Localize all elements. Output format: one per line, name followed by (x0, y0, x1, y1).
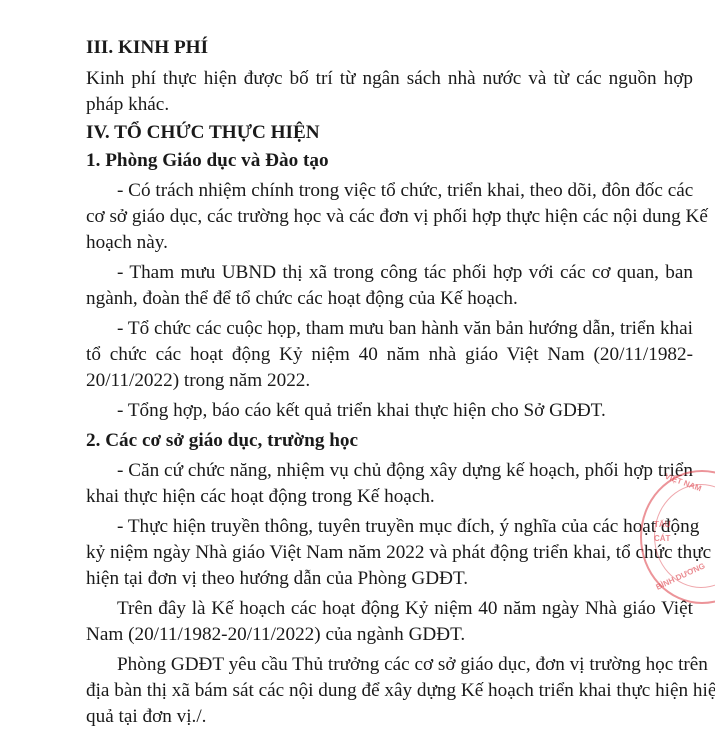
section-heading-to-chuc: IV. TỔ CHỨC THỰC HIỆN (86, 121, 320, 145)
paragraph-line: - Tổ chức các cuộc họp, tham mưu ban hàn… (117, 317, 693, 341)
paragraph-line: Phòng GDĐT yêu cầu Thủ trưởng các cơ sở … (117, 653, 693, 677)
paragraph-line: - Thực hiện truyền thông, tuyên truyền m… (117, 515, 693, 539)
paragraph-line: pháp khác. (86, 93, 169, 117)
paragraph-line: 20/11/2022) trong năm 2022. (86, 369, 310, 393)
paragraph-line: hiện tại đơn vị theo hướng dẫn của Phòng… (86, 567, 468, 591)
section-heading-kinh-phi: III. KINH PHÍ (86, 36, 208, 60)
paragraph-line: tổ chức các hoạt động Kỷ niệm 40 năm nhà… (86, 343, 693, 367)
paragraph-line: - Có trách nhiệm chính trong việc tổ chứ… (117, 179, 693, 203)
paragraph-line: Nam (20/11/1982-20/11/2022) của ngành GD… (86, 623, 465, 647)
paragraph-line: kỷ niệm ngày Nhà giáo Việt Nam năm 2022 … (86, 541, 693, 565)
paragraph-line: - Tham mưu UBND thị xã trong công tác ph… (117, 261, 693, 285)
paragraph-line: địa bàn thị xã bám sát các nội dung để x… (86, 679, 693, 703)
paragraph-line: Trên đây là Kế hoạch các hoạt động Kỷ ni… (117, 597, 693, 621)
official-seal-stamp: VIỆT NAM TẤU CÁT BÌNH DƯƠNG (640, 470, 715, 604)
stamp-text: CÁT (654, 534, 670, 543)
paragraph-line: cơ sở giáo dục, các trường học và các đơ… (86, 205, 693, 229)
paragraph-line: quả tại đơn vị./. (86, 705, 206, 729)
paragraph-line: - Căn cứ chức năng, nhiệm vụ chủ động xâ… (117, 459, 693, 483)
document-page: III. KINH PHÍ Kinh phí thực hiện được bố… (0, 0, 715, 755)
paragraph-line: khai thực hiện các hoạt động trong Kế ho… (86, 485, 435, 509)
paragraph-line: hoạch này. (86, 231, 168, 255)
subheading-phong-gddt: 1. Phòng Giáo dục và Đào tạo (86, 149, 329, 173)
paragraph-line: ngành, đoàn thể để tổ chức các hoạt động… (86, 287, 518, 311)
stamp-text: TẤU (654, 520, 670, 529)
subheading-co-so-giao-duc: 2. Các cơ sở giáo dục, trường học (86, 429, 358, 453)
paragraph-line: Kinh phí thực hiện được bố trí từ ngân s… (86, 67, 693, 91)
paragraph-line: - Tổng hợp, báo cáo kết quả triển khai t… (117, 399, 606, 423)
